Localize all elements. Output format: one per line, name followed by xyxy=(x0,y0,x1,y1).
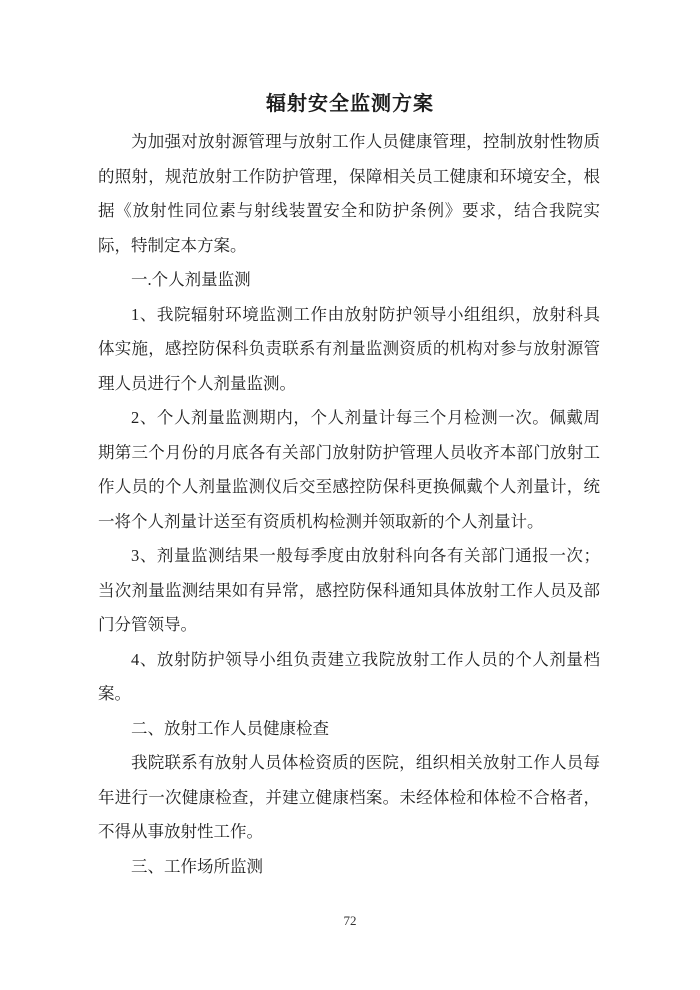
document-body: 为加强对放射源管理与放射工作人员健康管理，控制放射性物质的照射，规范放射工作防护… xyxy=(98,125,600,884)
section-heading-1: 一.个人剂量监测 xyxy=(98,263,600,298)
section-heading-2: 二、放射工作人员健康检查 xyxy=(98,712,600,747)
paragraph-item-1: 1、我院辐射环境监测工作由放射防护领导小组组织，放射科具体实施，感控防保科负责联… xyxy=(98,298,600,402)
paragraph-health-check: 我院联系有放射人员体检资质的医院，组织相关放射工作人员每年进行一次健康检查，并建… xyxy=(98,746,600,850)
paragraph-item-4: 4、放射防护领导小组负责建立我院放射工作人员的个人剂量档案。 xyxy=(98,643,600,712)
document-title: 辐射安全监测方案 xyxy=(0,87,700,116)
section-heading-3: 三、工作场所监测 xyxy=(98,850,600,885)
document-page: 辐射安全监测方案 为加强对放射源管理与放射工作人员健康管理，控制放射性物质的照射… xyxy=(0,0,700,990)
paragraph-item-2: 2、个人剂量监测期内，个人剂量计每三个月检测一次。佩戴周期第三个月份的月底各有关… xyxy=(98,401,600,539)
page-footer: 72 xyxy=(0,912,700,930)
page-number: 72 xyxy=(344,913,357,928)
paragraph-intro: 为加强对放射源管理与放射工作人员健康管理，控制放射性物质的照射，规范放射工作防护… xyxy=(98,125,600,263)
paragraph-item-3: 3、剂量监测结果一般每季度由放射科向各有关部门通报一次；当次剂量监测结果如有异常… xyxy=(98,539,600,643)
